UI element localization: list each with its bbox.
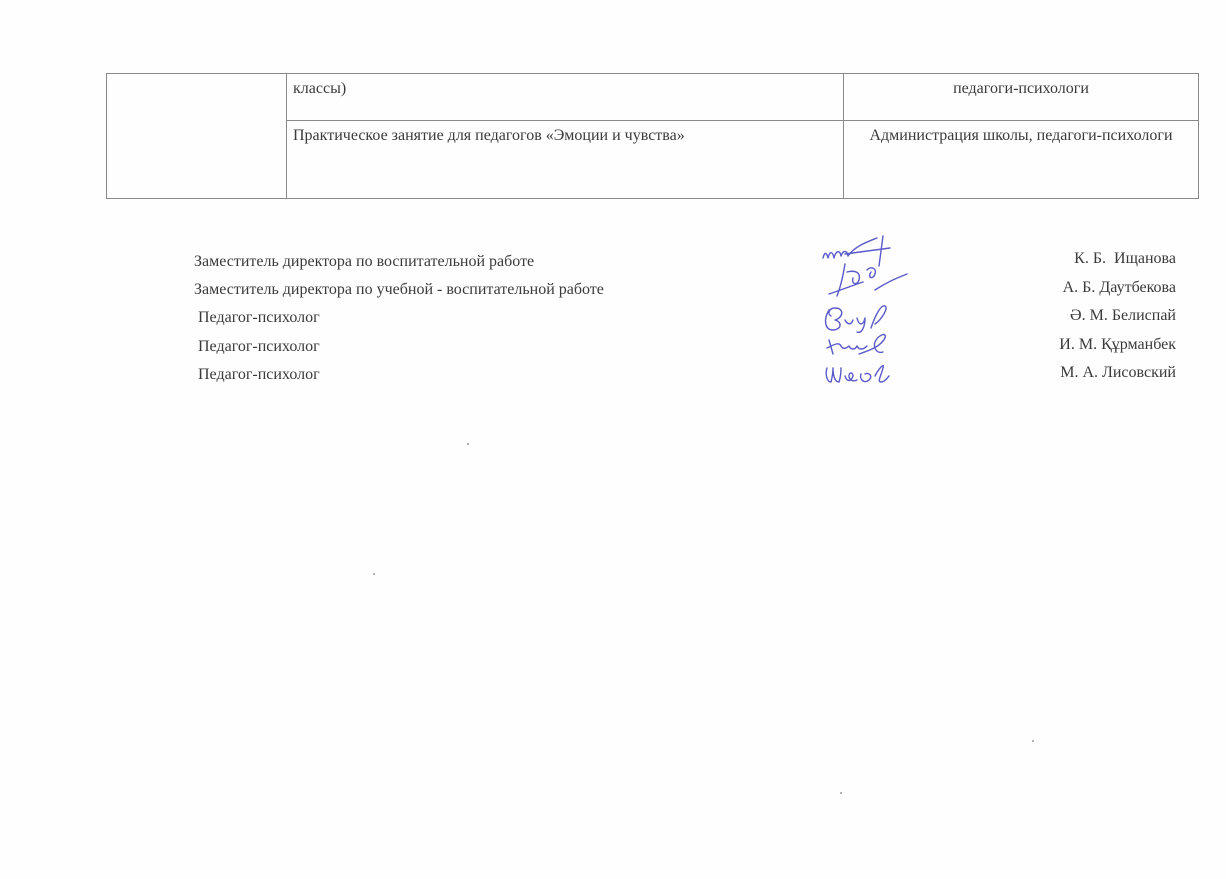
signatory-name: А. Б. Даутбекова	[1063, 278, 1176, 298]
signatory-name: М. А. Лисовский	[1060, 363, 1176, 383]
signatory-name: Ә. М. Белиспай	[1070, 306, 1176, 326]
handwritten-signature-icon	[815, 262, 915, 298]
signatory-role: Педагог-психолог	[194, 308, 320, 328]
scan-speck	[373, 573, 375, 575]
scan-speck	[467, 443, 469, 445]
signatory-role: Педагог-психолог	[194, 365, 320, 385]
document-page: классы) педагоги-психологи Практическое …	[0, 0, 1226, 879]
signatory-role: Заместитель директора по учебной - воспи…	[194, 280, 604, 300]
signature-block: Заместитель директора по воспитательной …	[0, 0, 1226, 879]
signatory-role: Заместитель директора по воспитательной …	[194, 252, 534, 272]
signatory-role: Педагог-психолог	[194, 337, 320, 357]
scan-speck	[840, 792, 842, 794]
scan-speck	[1032, 740, 1034, 742]
handwritten-signature-icon	[815, 354, 915, 390]
signatory-name: И. М. Құрманбек	[1059, 335, 1176, 355]
signatory-name: К. Б. Ищанова	[1074, 249, 1176, 269]
